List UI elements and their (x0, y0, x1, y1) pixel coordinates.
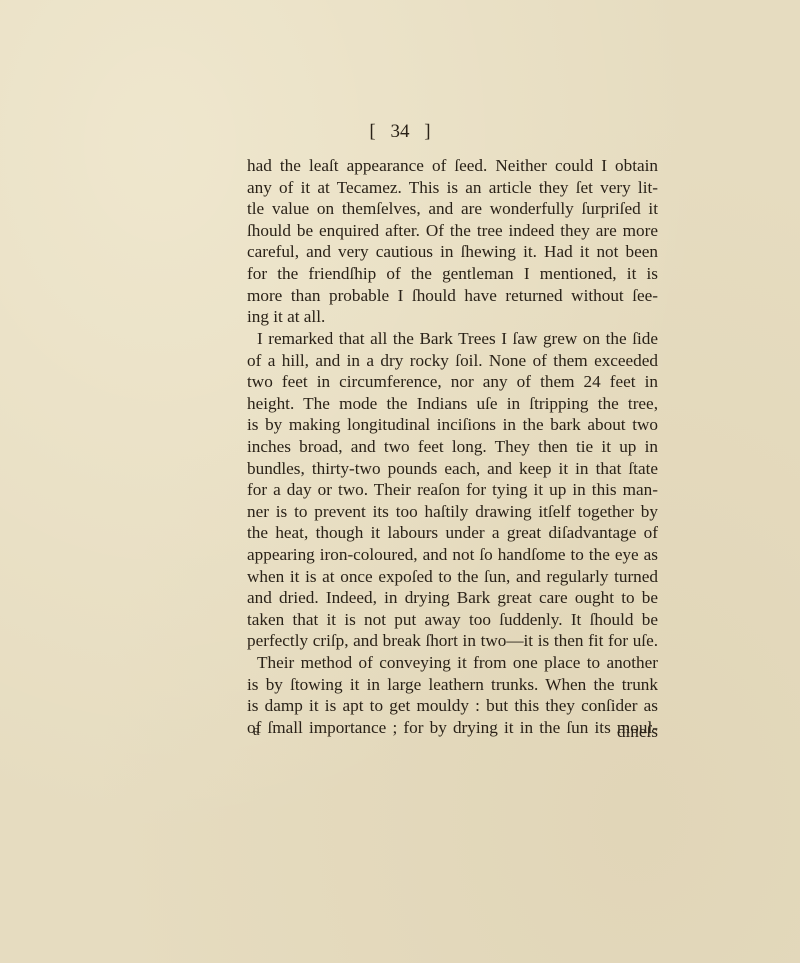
text-line: ing it at all. (247, 306, 658, 328)
text-line: is by ſtowing it in large leathern trunk… (247, 674, 658, 696)
text-line: when it is at once expoſed to the ſun, a… (247, 566, 658, 588)
page-number: [ 34 ] (0, 121, 800, 143)
text-line: for a day or two. Their reaſon for tying… (247, 479, 658, 501)
paragraph-3: Their method of conveying it from one pl… (247, 652, 658, 738)
text-line: two feet in circumference, nor any of th… (247, 371, 658, 393)
text-line: had the leaſt appearance of ſeed. Neithe… (247, 155, 658, 177)
page-number-close-bracket: ] (414, 121, 440, 143)
page-number-open-bracket: [ (359, 121, 385, 143)
text-line: more than probable I ſhould have returne… (247, 285, 658, 307)
paragraph-2: I remarked that all the Bark Trees I ſaw… (247, 328, 658, 652)
text-line: careful, and very cautious in ſhewing it… (247, 241, 658, 263)
book-page: [ 34 ] had the leaſt appearance of ſeed.… (0, 0, 800, 963)
text-line: for the friendſhip of the gentleman I me… (247, 263, 658, 285)
signature-mark: a (253, 721, 260, 743)
text-line: any of it at Tecamez. This is an article… (247, 177, 658, 199)
text-line: of a hill, and in a dry rocky ſoil. None… (247, 350, 658, 372)
text-line: appearing iron-coloured, and not ſo hand… (247, 544, 658, 566)
text-line: inches broad, and two feet long. They th… (247, 436, 658, 458)
text-line: is by making longitudinal inciſions in t… (247, 414, 658, 436)
text-line: I remarked that all the Bark Trees I ſaw… (247, 328, 658, 350)
paragraph-1: had the leaſt appearance of ſeed. Neithe… (247, 155, 658, 328)
text-line: Their method of conveying it from one pl… (247, 652, 658, 674)
text-line: perfectly criſp, and break ſhort in two—… (247, 630, 658, 652)
text-line: tle value on themſelves, and are wonderf… (247, 198, 658, 220)
catchword: dineſs (617, 721, 658, 743)
text-line: height. The mode the Indians uſe in ſtri… (247, 393, 658, 415)
text-line: of ſmall importance ; for by drying it i… (247, 717, 658, 739)
page-number-value: 34 (391, 121, 410, 142)
text-line: ner is to prevent its too haſtily drawin… (247, 501, 658, 523)
text-line: bundles, thirty-two pounds each, and kee… (247, 458, 658, 480)
text-line: and dried. Indeed, in drying Bark great … (247, 587, 658, 609)
text-line: the heat, though it labours under a grea… (247, 522, 658, 544)
text-line: taken that it is not put away too ſudden… (247, 609, 658, 631)
text-line: is damp it is apt to get mouldy : but th… (247, 695, 658, 717)
text-line: ſhould be enquired after. Of the tree in… (247, 220, 658, 242)
